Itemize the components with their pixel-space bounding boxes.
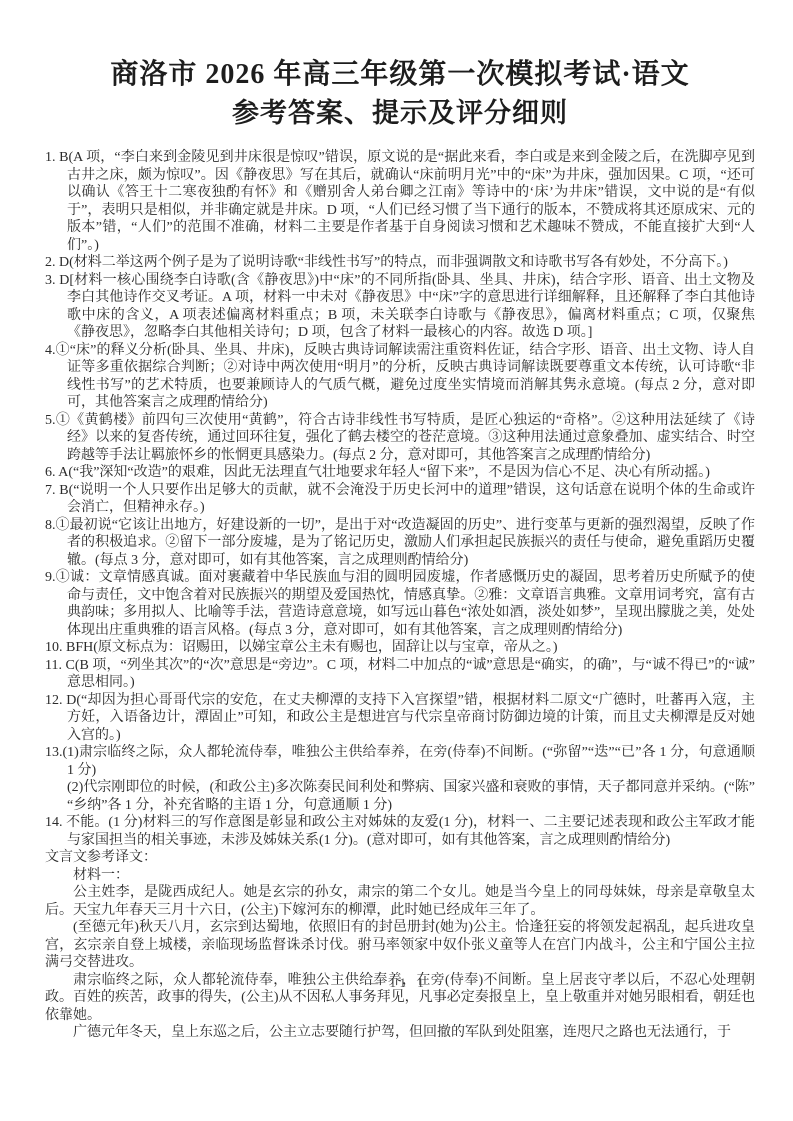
answers-list: 1. B(A 项，“李白来到金陵见到井床很是惊叹”错误，原文说的是“据此来看，李…	[45, 149, 755, 849]
page-number: — 11 1	[0, 975, 793, 991]
translation-section: 文言文参考译文： 材料一： 公主姓李，是陇西成纪人。她是玄宗的孙女，肃宗的第二个…	[45, 849, 755, 1042]
answer-item-10: 10. BFH(原文标点为：诏赐田，以娣宝章公主未有赐也，固辞让以与宝章，帝从之…	[45, 639, 755, 657]
translation-paragraph-4: 广德元年冬天，皇上东巡之后，公主立志要随行护驾，但回撤的军队到处阻塞，连咫尺之路…	[45, 1024, 755, 1042]
document-title-line-1: 商洛市 2026 年高三年级第一次模拟考试·语文	[45, 56, 755, 94]
answer-item-7: 7. B(“说明一个人只要作出足够大的贡献，就不会淹没于历史长河中的道理”错误，…	[45, 482, 755, 517]
answer-item-2: 2. D(材料二举这两个例子是为了说明诗歌“非线性书写”的特点，而非强调散文和诗…	[45, 254, 755, 272]
translation-paragraph-2: (至德元年)秋天八月，玄宗到达蜀地，依照旧有的封邑册封(她为)公主。恰逢狂妄的将…	[45, 919, 755, 972]
translation-paragraph-1: 公主姓李，是陇西成纪人。她是玄宗的孙女，肃宗的第二个女儿。她是当今皇上的同母妹妹…	[45, 884, 755, 919]
answer-item-13: 13.(1)肃宗临终之际，众人都轮流侍奉，唯独公主供给奉养，在旁(侍奉)不间断。…	[45, 744, 755, 814]
answer-item-12: 12. D(“却因为担心哥哥代宗的安危，在丈夫柳潭的支持下入宫探望”错，根据材料…	[45, 692, 755, 745]
answer-item-9: 9.①诚：文章情感真诚。面对裹藏着中华民族血与泪的圆明园废墟，作者感慨历史的凝固…	[45, 569, 755, 639]
translation-heading: 文言文参考译文：	[45, 849, 755, 867]
answer-item-6: 6. A(“我”深知“改造”的艰难，因此无法理直气壮地要求年轻人“留下来”，不是…	[45, 464, 755, 482]
material-one-label: 材料一：	[45, 867, 755, 885]
answer-item-1: 1. B(A 项，“李白来到金陵见到井床很是惊叹”错误，原文说的是“据此来看，李…	[45, 149, 755, 254]
document-title-line-2: 参考答案、提示及评分细则	[45, 94, 755, 132]
answer-item-11: 11. C(B 项，“列坐其次”的“次”意思是“旁边”。C 项，材料二中加点的“…	[45, 657, 755, 692]
answer-item-3: 3. D[材料一核心围绕李白诗歌(含《静夜思》)中“床”的不同所指(卧具、坐具、…	[45, 272, 755, 342]
answer-item-5: 5.①《黄鹤楼》前四句三次使用“黄鹤”，符合古诗非线性书写特质，是匠心独运的“奇…	[45, 412, 755, 465]
answer-item-14: 14. 不能。(1 分)材料三的写作意图是彰显和政公主对姊妹的友爱(1 分)，材…	[45, 814, 755, 849]
answer-item-8: 8.①最初说“它该让出地方，好建设新的一切”，是出于对“改造凝固的历史”、进行变…	[45, 517, 755, 570]
answer-item-4: 4.①“床”的释义分析(卧具、坐具、井床)，反映古典诗词解读需注重资料佐证，结合…	[45, 342, 755, 412]
document-page: 商洛市 2026 年高三年级第一次模拟考试·语文 参考答案、提示及评分细则 1.…	[0, 0, 793, 1121]
